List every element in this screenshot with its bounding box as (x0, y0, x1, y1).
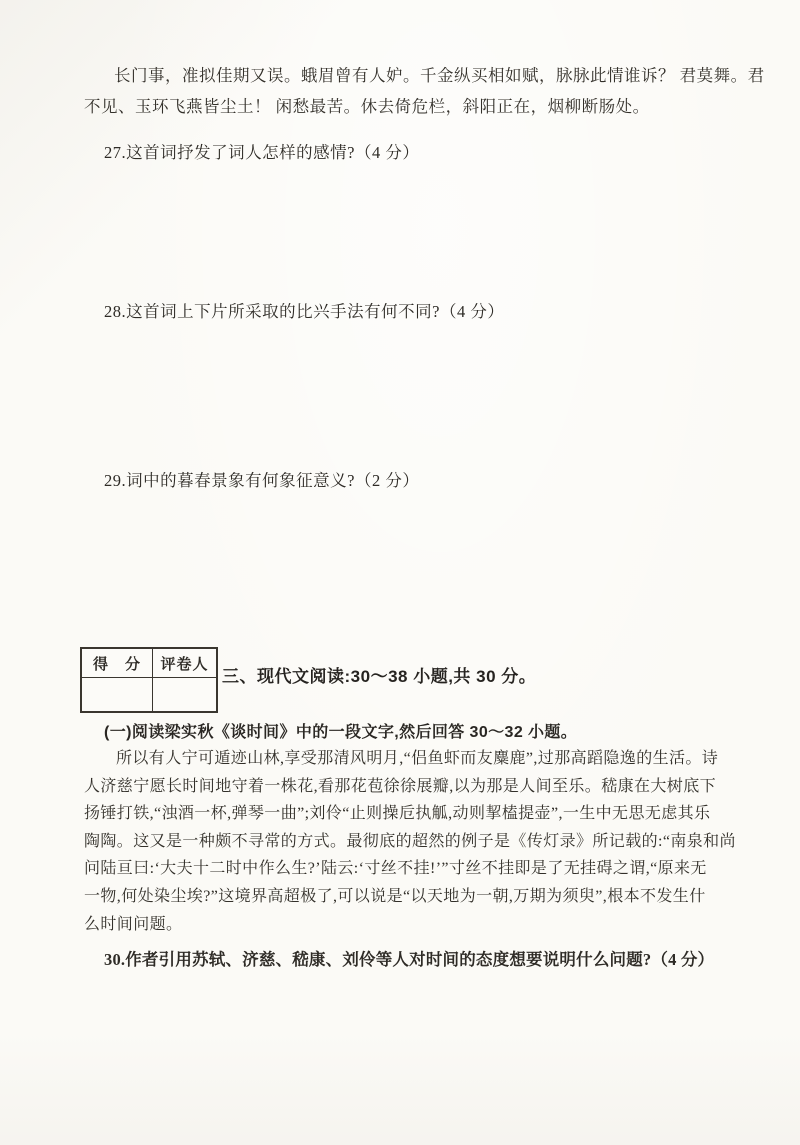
question-29: 29.词中的暮春景象有何象征意义?（2 分） (104, 467, 419, 491)
passage-line: 陶陶。这又是一种颇不寻常的方式。最彻底的超然的例子是《传灯录》所记载的:“南泉和… (84, 828, 748, 856)
reading-passage: 所以有人宁可遁迹山林,享受那清风明月,“侣鱼虾而友麋鹿”,过那高蹈隐逸的生活。诗… (84, 745, 748, 938)
exam-paper-page: 长门事，准拟佳期又误。蛾眉曾有人妒。千金纵买相如赋，脉脉此情谁诉？ 君莫舞。君 … (0, 0, 800, 1145)
passage-line: 人济慈宁愿长时间地守着一株花,看那花苞徐徐展瓣,以为那是人间至乐。嵇康在大树底下 (84, 773, 748, 801)
grader-value-cell (153, 678, 216, 711)
question-27: 27.这首词抒发了词人怎样的感情?（4 分） (104, 139, 419, 163)
passage-line: 扬锤打铁,“浊酒一杯,弹琴一曲”;刘伶“止则操卮执觚,动则挈榼提壶”,一生中无思… (84, 800, 748, 828)
poem-line-1: 长门事，准拟佳期又误。蛾眉曾有人妒。千金纵买相如赋，脉脉此情谁诉？ 君莫舞。君 (84, 60, 748, 91)
passage-line: 一物,何处染尘埃?”这境界高超极了,可以说是“以天地为一朝,万期为须臾”,根本不… (84, 883, 748, 911)
poem-excerpt: 长门事，准拟佳期又误。蛾眉曾有人妒。千金纵买相如赋，脉脉此情谁诉？ 君莫舞。君 … (84, 60, 748, 122)
grader-label: 评卷人 (153, 649, 216, 678)
poem-line-2: 不见、玉环飞燕皆尘土！ 闲愁最苦。休去倚危栏，斜阳正在，烟柳断肠处。 (84, 91, 748, 122)
passage-line: 么时间问题。 (84, 911, 748, 939)
question-30: 30.作者引用苏轼、济慈、嵇康、刘伶等人对时间的态度想要说明什么问题?（4 分） (104, 946, 714, 970)
passage-line: 所以有人宁可遁迹山林,享受那清风明月,“侣鱼虾而友麋鹿”,过那高蹈隐逸的生活。诗 (84, 745, 748, 773)
score-box: 得 分 评卷人 (80, 647, 218, 713)
reading-intro: (一)阅读梁实秋《谈时间》中的一段文字,然后回答 30～32 小题。 (104, 719, 577, 742)
score-label: 得 分 (82, 649, 153, 678)
passage-line: 问陆亘曰:‘大夫十二时中作么生?’陆云:‘寸丝不挂!’”寸丝不挂即是了无挂碍之谓… (84, 855, 748, 883)
section-title-modern-reading: 三、现代文阅读:30～38 小题,共 30 分。 (222, 662, 536, 687)
question-28: 28.这首词上下片所采取的比兴手法有何不同?（4 分） (104, 298, 504, 322)
score-value-cell (82, 678, 153, 711)
